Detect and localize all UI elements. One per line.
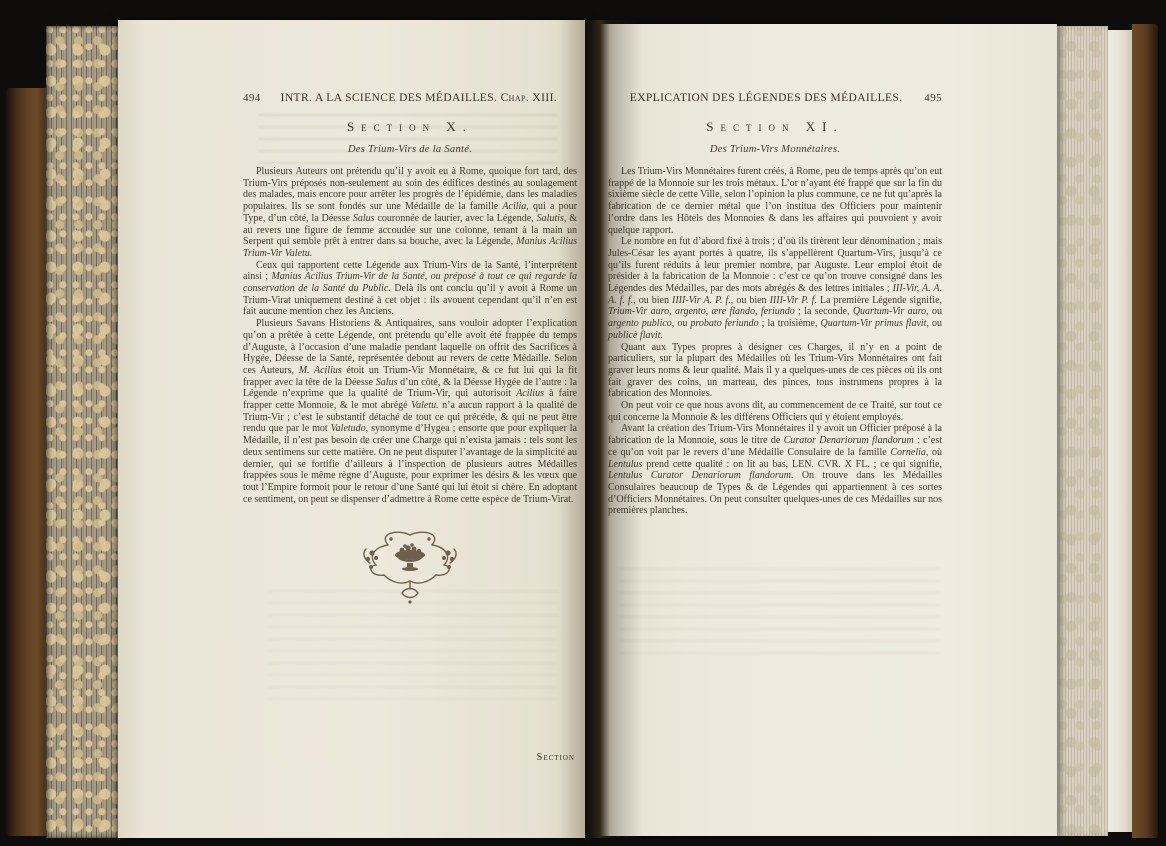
paragraph: Quant aux Types propres à désigner ces C… xyxy=(608,342,942,401)
tailpiece-ornament-wrap xyxy=(243,523,577,612)
left-fore-edge xyxy=(46,26,120,838)
paragraph: Plusieurs Auteurs ont prétendu qu’il y a… xyxy=(243,166,577,260)
right-running-title: EXPLICATION DES LÉGENDES DES MÉDAILLES. xyxy=(608,92,924,104)
book-gutter xyxy=(558,20,642,838)
left-text-column: 494 INTR. A LA SCIENCE DES MÉDAILLES. Ch… xyxy=(243,92,577,838)
floral-basket-tailpiece-icon xyxy=(358,523,462,607)
right-text-column: EXPLICATION DES LÉGENDES DES MÉDAILLES. … xyxy=(608,92,942,836)
left-page-paragraphs: Plusieurs Auteurs ont prétendu qu’il y a… xyxy=(243,166,577,505)
right-page: EXPLICATION DES LÉGENDES DES MÉDAILLES. … xyxy=(600,24,1057,836)
paragraph: Avant la création des Trium-Virs Monnéta… xyxy=(608,423,942,517)
paragraph: Plusieurs Savans Historiens & Antiquaire… xyxy=(243,318,577,505)
book-photograph: 494 INTR. A LA SCIENCE DES MÉDAILLES. Ch… xyxy=(0,0,1166,846)
right-running-header: EXPLICATION DES LÉGENDES DES MÉDAILLES. … xyxy=(608,92,942,104)
paragraph: Ceux qui rapportent cette Légende aux Tr… xyxy=(243,260,577,319)
left-running-title: INTR. A LA SCIENCE DES MÉDAILLES. Chap. … xyxy=(261,92,577,104)
right-page-edge-strip xyxy=(1108,30,1132,832)
right-leather-cover xyxy=(1132,24,1158,838)
left-section-heading: Section X. xyxy=(243,119,577,135)
left-running-header: 494 INTR. A LA SCIENCE DES MÉDAILLES. Ch… xyxy=(243,92,577,104)
paragraph: On peut voir ce que nous avons dit, au c… xyxy=(608,400,942,423)
right-page-number: 495 xyxy=(924,92,942,104)
right-fore-edge xyxy=(1056,26,1108,836)
right-page-paragraphs: Les Trium-Virs Monnétaires furent créés,… xyxy=(608,166,942,517)
right-section-subtitle: Des Trium-Virs Monnétaires. xyxy=(608,144,942,155)
left-leather-cover xyxy=(6,88,50,836)
right-section-heading: Section XI. xyxy=(608,119,942,135)
paragraph: Les Trium-Virs Monnétaires furent créés,… xyxy=(608,166,942,236)
left-page-number: 494 xyxy=(243,92,261,104)
left-page: 494 INTR. A LA SCIENCE DES MÉDAILLES. Ch… xyxy=(118,20,585,838)
paragraph: Le nombre en fut d’abord fixé à trois ; … xyxy=(608,236,942,341)
left-section-subtitle: Des Trium-Virs de la Santé. xyxy=(243,144,577,155)
chapter-label: Chap. XIII. xyxy=(501,92,558,104)
